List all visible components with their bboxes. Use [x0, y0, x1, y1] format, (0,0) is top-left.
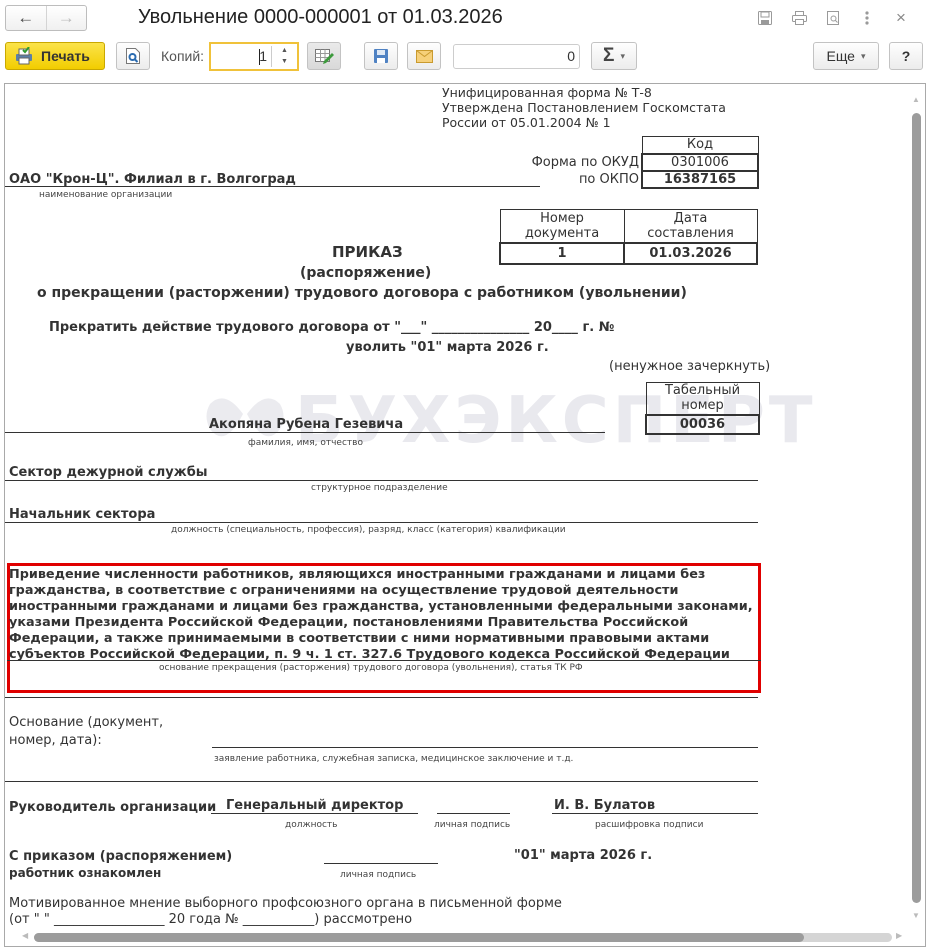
- docdate-value: 01.03.2026: [624, 243, 757, 264]
- arrow-right-icon: →: [58, 8, 75, 28]
- forward-button[interactable]: →: [46, 6, 87, 30]
- order-subject: о прекращении (расторжении) трудового до…: [37, 285, 687, 301]
- scroll-right-icon[interactable]: ▶: [896, 931, 902, 940]
- printer-icon: [14, 47, 34, 65]
- head-position: Генеральный директор: [226, 798, 403, 813]
- window-actions: ×: [748, 8, 918, 28]
- edit-table-button[interactable]: [307, 42, 341, 70]
- head-label: Руководитель организации: [9, 800, 216, 815]
- reason-line: гражданства, в соответствие с ограничени…: [9, 583, 753, 599]
- terminate-line: Прекратить действие трудового договора о…: [49, 320, 614, 335]
- reason-bottom-line: [5, 697, 758, 698]
- scroll-up-icon[interactable]: ▲: [912, 95, 920, 104]
- order-title: ПРИКАЗ: [332, 243, 403, 261]
- tabnum-header: Табельный номер: [646, 383, 759, 415]
- okud-code: 0301006: [642, 154, 758, 171]
- form-header-line: Унифицированная форма № Т-8: [442, 85, 726, 100]
- reason-line: иностранными гражданами и лицами без гра…: [9, 599, 753, 615]
- organization-name: ОАО "Крон-Ц". Филиал в г. Волгоград: [9, 172, 296, 187]
- employee-caption: фамилия, имя, отчество: [248, 438, 363, 448]
- document-viewer: БУХЭКСПЕРТ Унифицированная форма № Т-8 У…: [4, 83, 926, 947]
- ack-label-1: С приказом (распоряжением): [9, 849, 232, 864]
- copies-value: 1: [259, 48, 267, 64]
- head-signature-caption: личная подпись: [434, 820, 510, 830]
- spreadsheet-document: БУХЭКСПЕРТ Унифицированная форма № Т-8 У…: [5, 84, 910, 934]
- reason-caption: основание прекращения (расторжения) труд…: [159, 663, 583, 673]
- head-position-caption: должность: [285, 820, 337, 830]
- tabnum-value: 00036: [646, 415, 759, 434]
- more-button[interactable]: Еще ▾: [813, 42, 879, 70]
- window-title: Увольнение 0000-000001 от 01.03.2026: [138, 6, 503, 29]
- head-name-caption: расшифровка подписи: [595, 820, 703, 830]
- horizontal-scrollbar[interactable]: ◀ ▶: [20, 930, 900, 944]
- basis-label-2: номер, дата):: [9, 733, 102, 748]
- position-underline: [5, 522, 758, 523]
- sum-field[interactable]: 0: [453, 44, 580, 69]
- stepper-down-icon[interactable]: ▼: [281, 57, 288, 67]
- okud-label: Форма по ОКУД: [532, 155, 639, 170]
- position-name: Начальник сектора: [9, 507, 155, 522]
- help-button[interactable]: ?: [889, 42, 923, 70]
- preview-icon[interactable]: [816, 8, 850, 28]
- basis-label-1: Основание (документ,: [9, 715, 163, 730]
- basis-caption: заявление работника, служебная записка, …: [214, 754, 573, 764]
- preview-search-icon: [125, 47, 141, 65]
- codes-header: Код: [642, 137, 758, 154]
- print-icon[interactable]: [782, 8, 816, 28]
- more-icon[interactable]: [850, 8, 884, 28]
- head-name: И. В. Булатов: [554, 798, 655, 813]
- codes-table: Код 0301006 16387165: [641, 136, 759, 189]
- basis-underline: [212, 747, 758, 748]
- head-position-underline: [211, 813, 418, 814]
- reason-text: Приведение численности работников, являю…: [9, 567, 753, 663]
- chevron-down-icon: ▾: [861, 51, 866, 62]
- print-button[interactable]: Печать: [5, 42, 105, 70]
- help-label: ?: [902, 48, 911, 64]
- union-line-1: Мотивированное мнение выборного профсоюз…: [9, 896, 562, 911]
- copies-stepper[interactable]: ▲ ▼: [271, 46, 297, 67]
- toolbar: Печать Копий: 1 ▲ ▼ 0 Σ ▾ Еще ▾ ?: [0, 40, 928, 74]
- back-button[interactable]: ←: [6, 6, 46, 30]
- head-name-underline: [552, 813, 758, 814]
- form-header: Унифицированная форма № Т-8 Утверждена П…: [442, 85, 726, 130]
- head-signature-line: [437, 813, 510, 814]
- stepper-up-icon[interactable]: ▲: [281, 46, 288, 56]
- table-edit-icon: [314, 47, 334, 65]
- department-underline: [5, 480, 758, 481]
- organization-underline: [5, 186, 540, 187]
- ack-date: "01" марта 2026 г.: [514, 848, 652, 863]
- horizontal-scroll-thumb[interactable]: [34, 933, 804, 942]
- arrow-left-icon: ←: [17, 8, 34, 28]
- union-line-2: (от " " _________________ 20 года № ____…: [9, 912, 412, 927]
- vertical-scrollbar[interactable]: ▲ ▼: [909, 87, 923, 927]
- sum-dropdown-button[interactable]: Σ ▾: [591, 42, 637, 70]
- save-icon[interactable]: [748, 8, 782, 28]
- floppy-icon: [373, 48, 389, 64]
- docnum-value: 1: [500, 243, 624, 264]
- vertical-scroll-thumb[interactable]: [912, 113, 921, 903]
- tabnum-table: Табельный номер 00036: [645, 382, 760, 435]
- reason-line: указами Президента Российской Федерации,…: [9, 615, 753, 631]
- employee-underline: [5, 432, 605, 433]
- close-glyph: ×: [896, 8, 906, 28]
- employee-name: Акопяна Рубена Гезевича: [209, 417, 403, 432]
- scroll-down-icon[interactable]: ▼: [912, 911, 920, 920]
- more-label: Еще: [826, 48, 855, 64]
- sigma-icon: Σ: [603, 45, 614, 67]
- scroll-left-icon[interactable]: ◀: [22, 931, 28, 940]
- save-button[interactable]: [364, 42, 398, 70]
- department-caption: структурное подразделение: [311, 483, 448, 493]
- ack-signature-caption: личная подпись: [340, 870, 416, 880]
- docnum-header: Номер документа: [500, 210, 624, 243]
- okpo-code: 16387165: [642, 171, 758, 188]
- chevron-down-icon: ▾: [620, 51, 625, 62]
- copies-label: Копий:: [161, 48, 204, 64]
- docdate-header: Дата составления: [624, 210, 757, 243]
- copies-input[interactable]: 1 ▲ ▼: [209, 42, 299, 71]
- title-bar: ← → Увольнение 0000-000001 от 01.03.2026…: [0, 0, 928, 38]
- close-icon[interactable]: ×: [884, 8, 918, 28]
- print-label: Печать: [41, 48, 90, 64]
- docnum-table: Номер документа Дата составления 1 01.03…: [499, 209, 758, 265]
- organization-caption: наименование организации: [39, 190, 172, 200]
- strike-note: (ненужное зачеркнуть): [609, 359, 770, 374]
- order-subtitle: (распоряжение): [300, 265, 431, 281]
- okpo-label: по ОКПО: [579, 172, 639, 187]
- position-caption: должность (специальность, профессия), ра…: [171, 525, 566, 535]
- reason-line: Приведение численности работников, являю…: [9, 567, 753, 583]
- reason-underline: [7, 660, 761, 661]
- form-header-line: Утверждена Постановлением Госкомстата: [442, 100, 726, 115]
- department-name: Сектор дежурной службы: [9, 465, 208, 480]
- basis-bottom-line: [5, 781, 758, 782]
- send-email-button[interactable]: [407, 42, 441, 70]
- envelope-icon: [416, 50, 433, 63]
- dismiss-line: уволить "01" марта 2026 г.: [346, 340, 549, 355]
- ack-signature-line: [324, 863, 438, 864]
- reason-line: Федерации, а также принимаемыми в соотве…: [9, 631, 753, 647]
- form-header-line: России от 05.01.2004 № 1: [442, 115, 726, 130]
- ack-label-2: работник ознакомлен: [9, 866, 161, 880]
- print-preview-button[interactable]: [116, 42, 150, 70]
- nav-buttons: ← →: [5, 5, 87, 31]
